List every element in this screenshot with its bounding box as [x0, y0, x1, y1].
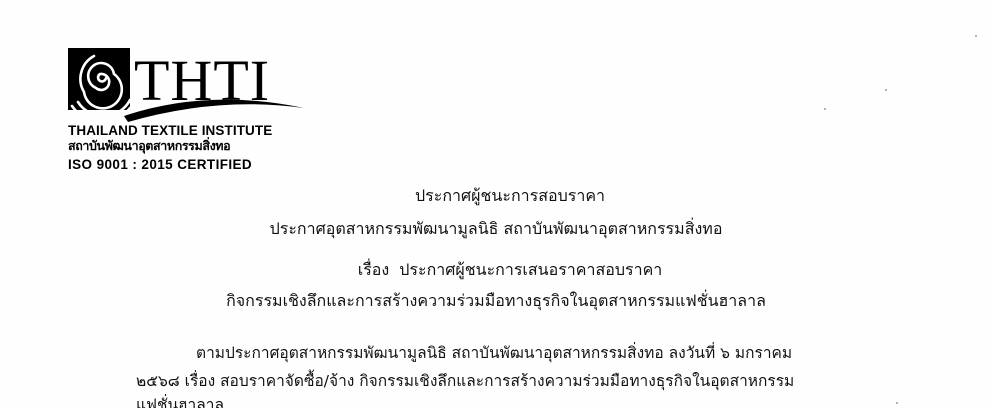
subject-text: ประกาศผู้ชนะการเสนอราคาสอบราคา: [399, 260, 662, 279]
thti-logo: THTI THAILAND TEXTILE INSTITUTE สถาบันพั…: [68, 44, 308, 174]
body-line-1: ตามประกาศอุตสาหกรรมพัฒนามูลนิธิ สถาบันพั…: [196, 346, 792, 362]
announcement-title: ประกาศผู้ชนะการสอบราคา: [14, 188, 992, 204]
announcement-project: กิจกรรมเชิงลึกและการสร้างความร่วมมือทางธ…: [0, 293, 992, 309]
body-line-3: แฟชั่นฮาลาล: [136, 398, 224, 408]
announcement-subject: เรื่องประกาศผู้ชนะการเสนอราคาสอบราคา: [14, 262, 992, 278]
body-line-2: ๒๕๖๘ เรื่อง สอบราคาจัดซื้อ/จ้าง กิจกรรมเ…: [136, 374, 794, 390]
scan-speck: [975, 35, 977, 37]
logo-name-th: สถาบันพัฒนาอุตสาหกรรมสิ่งทอ: [68, 140, 230, 153]
scan-speck: [824, 108, 826, 110]
announcement-issuer: ประกาศอุตสาหกรรมพัฒนามูลนิธิ สถาบันพัฒนา…: [0, 221, 992, 237]
subject-label: เรื่อง: [358, 260, 389, 279]
scan-speck: [885, 89, 887, 91]
logo-name-en: THAILAND TEXTILE INSTITUTE: [68, 124, 272, 138]
thti-logo-mark-icon: THTI: [68, 44, 308, 129]
scan-speck: [896, 402, 898, 404]
logo-certification: ISO 9001 : 2015 CERTIFIED: [68, 158, 252, 172]
document-page: THTI THAILAND TEXTILE INSTITUTE สถาบันพั…: [0, 0, 992, 408]
